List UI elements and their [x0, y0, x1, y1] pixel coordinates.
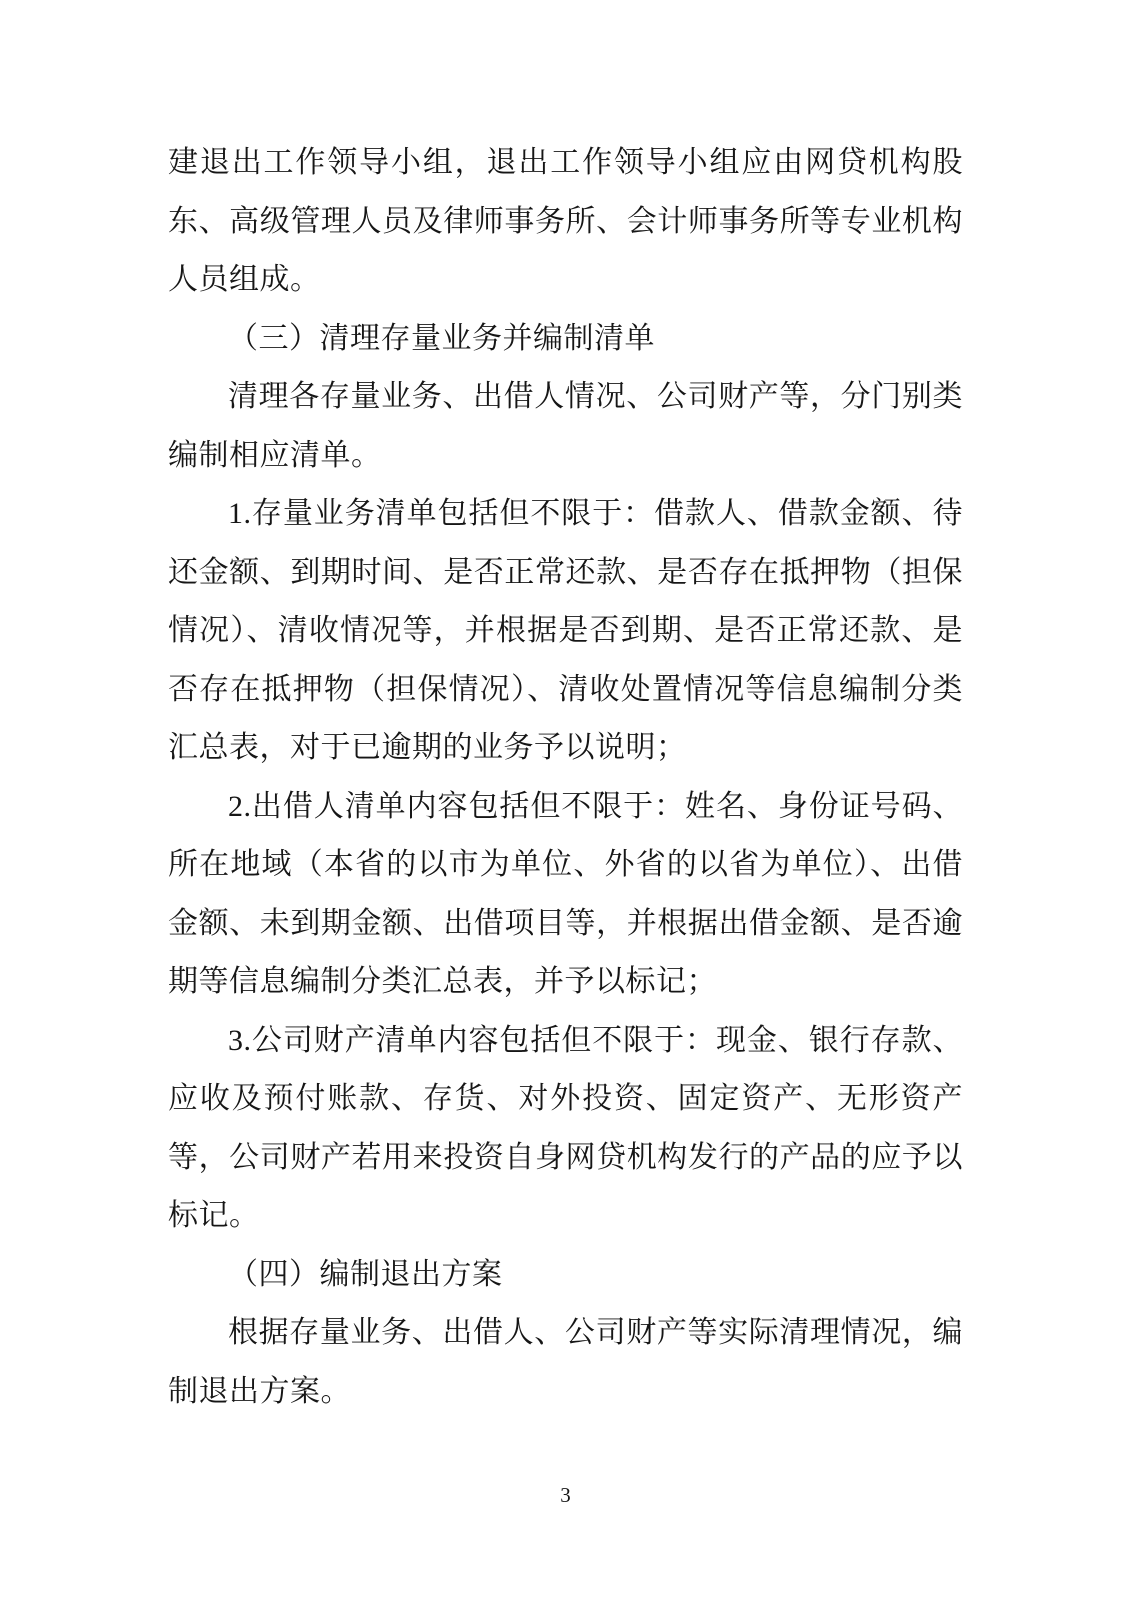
paragraph-exit-plan: 根据存量业务、出借人、公司财产等实际清理情况，编制退出方案。: [168, 1304, 963, 1421]
paragraph-continuation: 建退出工作领导小组，退出工作领导小组应由网贷机构股东、高级管理人员及律师事务所、…: [168, 134, 963, 310]
document-page: 建退出工作领导小组，退出工作领导小组应由网贷机构股东、高级管理人员及律师事务所、…: [0, 0, 1131, 1600]
document-body: 建退出工作领导小组，退出工作领导小组应由网贷机构股东、高级管理人员及律师事务所、…: [168, 134, 963, 1421]
section-heading-four: （四）编制退出方案: [168, 1246, 963, 1305]
numbered-item-2-lender-list: 2.出借人清单内容包括但不限于：姓名、身份证号码、所在地域（本省的以市为单位、外…: [168, 778, 963, 1012]
section-heading-three: （三）清理存量业务并编制清单: [168, 310, 963, 369]
page-number: 3: [0, 1482, 1131, 1508]
numbered-item-1-loan-list: 1.存量业务清单包括但不限于：借款人、借款金额、待还金额、到期时间、是否正常还款…: [168, 485, 963, 778]
paragraph-cleanup-intro: 清理各存量业务、出借人情况、公司财产等，分门别类编制相应清单。: [168, 368, 963, 485]
numbered-item-3-company-assets: 3.公司财产清单内容包括但不限于：现金、银行存款、应收及预付账款、存货、对外投资…: [168, 1012, 963, 1246]
